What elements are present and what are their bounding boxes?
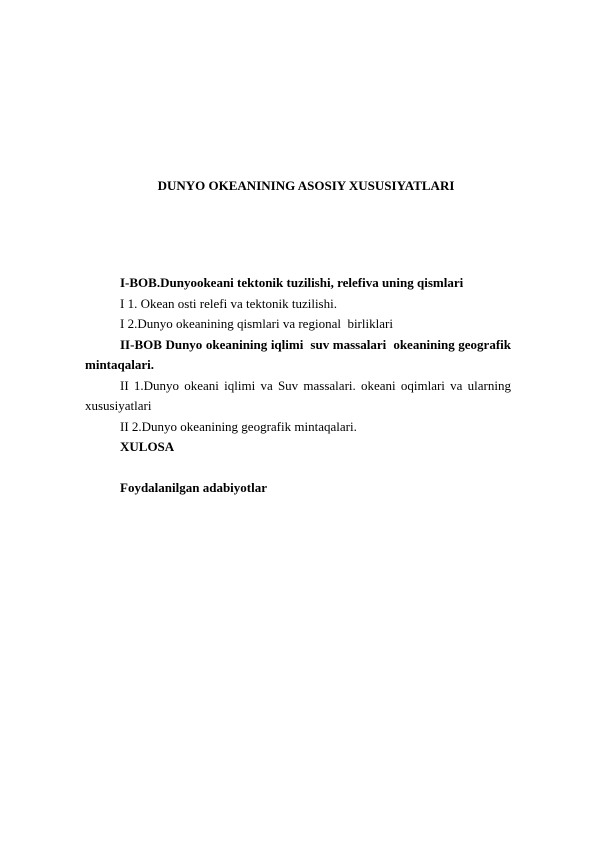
references-heading: Foydalanilgan adabiyotlar (85, 478, 511, 499)
section-1-2: I 2.Dunyo okeanining qismlari va regiona… (85, 314, 511, 335)
document-page: DUNYO OKEANINING ASOSIY XUSUSIYATLARI I-… (0, 0, 596, 842)
section-2-2: II 2.Dunyo okeanining geografik mintaqal… (85, 417, 511, 438)
table-of-contents: I-BOB.Dunyookeani tektonik tuzilishi, re… (85, 273, 511, 499)
section-1-1: I 1. Okean osti relefi va tektonik tuzil… (85, 294, 511, 315)
section-2-1: II 1.Dunyo okeani iqlimi va Suv massalar… (85, 376, 511, 417)
conclusion-heading: XULOSA (85, 437, 511, 458)
chapter-1-heading: I-BOB.Dunyookeani tektonik tuzilishi, re… (85, 273, 511, 294)
chapter-2-heading: II-BOB Dunyo okeanining iqlimi suv massa… (85, 335, 511, 376)
blank-line (85, 458, 511, 479)
document-title: DUNYO OKEANINING ASOSIY XUSUSIYATLARI (0, 178, 596, 194)
